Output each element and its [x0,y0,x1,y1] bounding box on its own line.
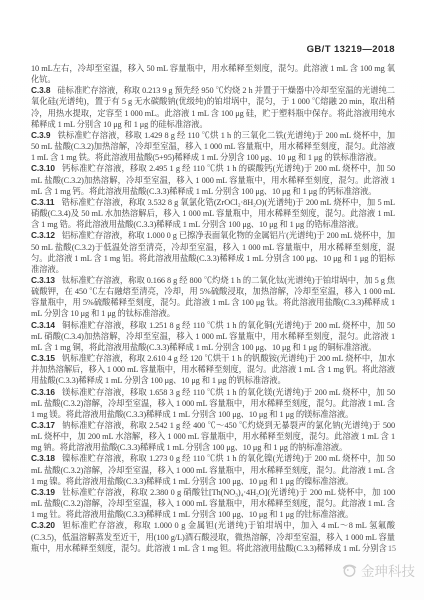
paragraph: C.3.8硅标准贮存溶液，称取 0.213 9 g 预先经 950 ℃灼烧 2 … [31,85,395,130]
paragraph: C.3.10钙标准贮存溶液，移取 2.495 1 g 经 110 ℃烘 1 h … [31,163,395,196]
watermark-logo-icon [341,562,358,579]
paragraph: C.3.18镍标准贮存溶液，称取 1.273 0 g 经 110 ℃烘 1 h … [31,453,395,486]
clause-text: 10 mL左右，冷却至室温，移入 50 mL 容量瓶中，用水稀释至刻度，混匀。此… [31,64,395,84]
paragraph: C.3.9铁标准贮存溶液，移取 1.429 8 g 经 110 ℃烘 1 h 的… [31,130,395,163]
clause-text: 钠标准贮存溶液，称取 2.542 1 g 经 400 ℃～450 ℃灼烧到无暴裂… [31,421,395,452]
paragraph: C.3.11锆标准贮存溶液，称取 3.532 8 g 氧氯化锆(ZrOCl₂·8… [31,197,395,230]
clause-text: 钽标准贮存溶液，称取 1.000 0 g 金属钽(光谱纯)于铂坩埚中，加入 4 … [31,521,395,552]
watermark-text: 金珅科技 [361,560,415,580]
clause-number: C.3.17 [31,420,55,430]
standard-number: GB/T 13219—2018 [307,44,395,55]
clause-number: C.3.15 [31,353,55,363]
clause-number: C.3.8 [31,85,50,95]
clause-number: C.3.13 [31,275,55,285]
clause-number: C.3.18 [31,453,55,463]
clause-text: 硅标准贮存溶液，称取 0.213 9 g 预先经 950 ℃灼烧 2 h 并置于… [31,86,395,128]
clause-text: 钛标准贮存溶液，称取 0.166 8 g 经 800 ℃灼烧 1 h 的二氧化钛… [31,276,395,318]
watermark: 金珅科技 [341,560,415,580]
document-body: 10 mL左右，冷却至室温，移入 50 mL 容量瓶中，用水稀释至刻度，混匀。此… [31,63,395,554]
paragraph: C.3.17钠标准贮存溶液，称取 2.542 1 g 经 400 ℃～450 ℃… [31,420,395,453]
clause-text: 镍标准贮存溶液，称取 1.273 0 g 经 110 ℃烘 1 h 的氧化镍(光… [31,454,395,485]
clause-number: C.3.9 [31,130,50,140]
paragraph: C.3.19钍标准贮存溶液，称取 2.380 0 g 硝酸钍[Th(NO₃)₄·… [31,487,395,520]
clause-text: 钙标准贮存溶液，移取 2.495 1 g 经 110 ℃烘 1 h 的碳酸钙(光… [31,164,395,195]
page-number: 15 [388,544,396,553]
clause-number: C.3.16 [31,387,55,397]
clause-number: C.3.14 [31,320,55,330]
clause-text: 铝标准贮存溶液，称取 1.000 0 g 已擦净表面氧化物的金属铝片(光谱纯)于… [31,231,395,273]
document-page: GB/T 13219—2018 10 mL左右，冷却至室温，移入 50 mL 容… [0,0,424,600]
paragraph: C.3.12铝标准贮存溶液，称取 1.000 0 g 已擦净表面氧化物的金属铝片… [31,230,395,275]
paragraph: C.3.15钒标准贮存溶液，称取 2.610 4 g 经 120 ℃烘干 1 h… [31,353,395,386]
clause-number: C.3.19 [31,487,55,497]
clause-number: C.3.20 [31,520,55,530]
clause-text: 锆标准贮存溶液，称取 3.532 8 g 氧氯化锆(ZrOCl₂·8H₂O)(光… [31,198,395,229]
paragraph: C.3.16镁标准贮存溶液，移取 1.658 3 g 经 110 ℃烘 1 h … [31,387,395,420]
clause-number: C.3.12 [31,230,55,240]
clause-text: 镁标准贮存溶液，移取 1.658 3 g 经 110 ℃烘 1 h 的氧化镁(光… [31,388,395,419]
clause-text: 钍标准贮存溶液，称取 2.380 0 g 硝酸钍[Th(NO₃)₄·4H₂O](… [31,488,395,519]
paragraph: 10 mL左右，冷却至室温，移入 50 mL 容量瓶中，用水稀释至刻度，混匀。此… [31,63,395,85]
clause-text: 钒标准贮存溶液，称取 2.610 4 g 经 120 ℃烘干 1 h 的钒酸铵(… [31,354,395,385]
paragraph: C.3.14铜标准贮存溶液，移取 1.251 8 g 经 110 ℃烘 1 h … [31,320,395,353]
paragraph: C.3.13钛标准贮存溶液，称取 0.166 8 g 经 800 ℃灼烧 1 h… [31,275,395,320]
paragraph: C.3.20钽标准贮存溶液，称取 1.000 0 g 金属钽(光谱纯)于铂坩埚中… [31,520,395,553]
clause-text: 铜标准贮存溶液，移取 1.251 8 g 经 110 ℃烘 1 h 的氧化铜(光… [31,321,395,352]
clause-number: C.3.10 [31,163,55,173]
clause-number: C.3.11 [31,197,54,207]
clause-text: 铁标准贮存溶液，移取 1.429 8 g 经 110 ℃烘 1 h 的三氧化二铁… [31,131,395,162]
